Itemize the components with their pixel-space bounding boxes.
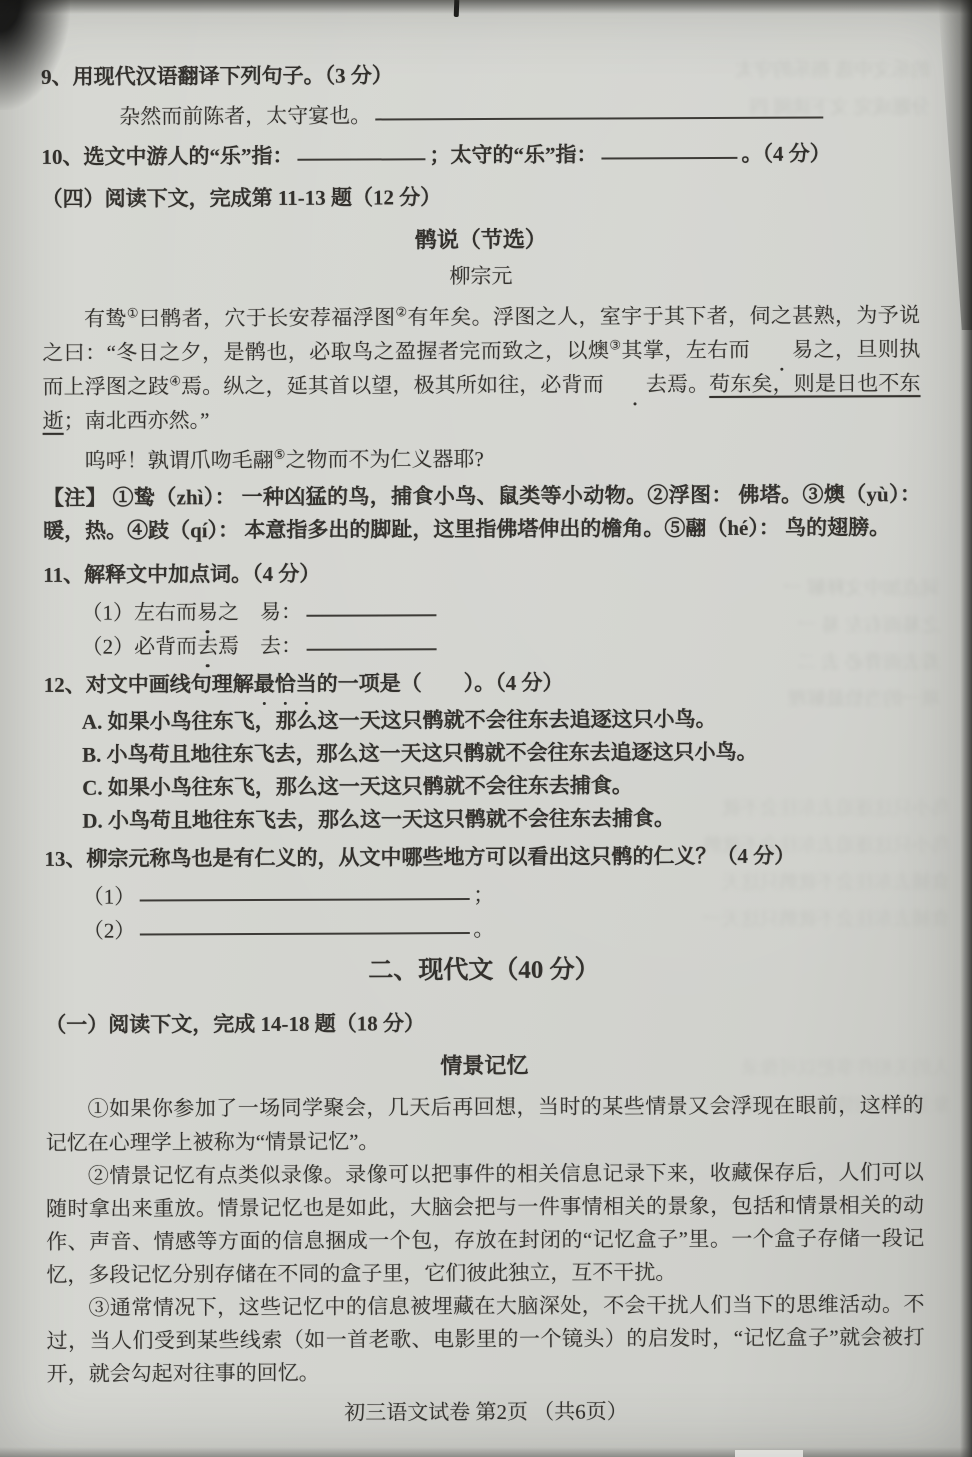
modern-title: 情景记忆	[45, 1048, 923, 1084]
answer-blank	[601, 154, 737, 160]
modern-paragraph-3: ③通常情况下，这些记忆中的信息被埋藏在大脑深处，不会干扰人们当下的思维活动。不过…	[46, 1288, 924, 1391]
question-11-item-1: （1）左右而易之 易：	[43, 592, 921, 630]
question-11-item-2: （2）必背而去焉 去：	[44, 626, 922, 664]
page-content: 9、用现代汉语翻译下列句子。（3 分） 杂然而前陈者，太守宴也。 10、选文中游…	[41, 56, 925, 1431]
scan-edge-top	[0, 0, 972, 14]
question-13-stem: 13、柳宗元称鸟也是有仁义的，从文中哪些地方可以看出这只鹘的仁义？（4 分）	[44, 838, 922, 876]
modern-section-header: （一）阅读下文，完成 14-18 题（18 分）	[45, 1004, 923, 1042]
scanned-exam-page: 的乐文中选 指乐的守太 分题成完 文下读阅 四 词点加中文释解 一 之易而右左 …	[0, 0, 972, 1457]
modern-paragraph-1: ①如果你参加了一场同学聚会，几天后再回想，当时的某些情景又会浮现在眼前，这样的记…	[46, 1088, 924, 1160]
question-13-item-1: （1）；	[45, 876, 923, 914]
passage-author: 柳宗元	[42, 258, 920, 294]
passage-paragraph-1: 有鸷①曰鹘者，穴于长安荐福浮图②有年矣。浮图之人，室宇于其下者，伺之甚熟，为予说…	[42, 298, 921, 438]
page-footer: 初三语文试卷 第2页 （共6页）	[47, 1393, 925, 1431]
answer-blank	[306, 645, 436, 651]
answer-blank	[306, 611, 436, 617]
passage-notes: 【注】 ①鸷（zhì）： 一种凶猛的鸟，捕食小鸟、鼠类等小动物。②浮图： 佛塔。…	[43, 478, 921, 548]
answer-blank	[139, 929, 469, 935]
answer-blank	[375, 114, 823, 121]
question-12-option-b: B. 小鸟苟且地往东飞去，那么这一天这只鹘就不会往东去追逐这只小鸟。	[44, 735, 922, 772]
question-9-stem: 9、用现代汉语翻译下列句子。（3 分）	[41, 56, 919, 94]
passage-paragraph-2: 呜呼！孰谓爪吻毛翮⑤之物而不为仁义器耶?	[43, 440, 921, 478]
scan-corner-top-left	[0, 0, 70, 110]
modern-paragraph-2: ②情景记忆有点类似录像。录像可以把事件的相关信息记录下来，收藏保存后，人们可以随…	[46, 1156, 925, 1292]
scan-sliver-bottom-right	[735, 1450, 803, 1457]
question-13-item-2: （2）。	[45, 910, 923, 948]
scan-edge-right	[960, 0, 972, 1457]
question-10-stem: 10、选文中游人的“乐”指：；太守的“乐”指：。（4 分）	[41, 136, 919, 174]
question-9-sentence: 杂然而前陈者，太守宴也。	[41, 96, 919, 134]
question-12-option-c: C. 如果小鸟往东飞，那么这一天这只鹘就不会往东去捕食。	[44, 768, 922, 805]
answer-blank	[139, 895, 469, 901]
question-12-option-a: A. 如果小鸟往东飞，那么这一天这只鹘就不会往东去追逐这只小鸟。	[44, 702, 922, 739]
question-12-stem: 12、对文中画线句理解最恰当的一项是（ ）。（4 分）	[44, 664, 922, 702]
section-2-header: 二、现代文（40 分）	[45, 950, 923, 992]
question-11-stem: 11、解释文中加点词。（4 分）	[43, 554, 921, 592]
answer-blank	[297, 155, 425, 161]
scan-edge-bottom	[0, 1447, 972, 1457]
question-12-option-d: D. 小鸟苟且地往东飞去，那么这一天这只鹘就不会往东去捕食。	[44, 801, 922, 838]
scan-mark-top-center	[454, 0, 460, 17]
passage-title: 鹘说（节选）	[42, 222, 920, 258]
section-4-header: （四）阅读下文，完成第 11-13 题（12 分）	[42, 178, 920, 216]
